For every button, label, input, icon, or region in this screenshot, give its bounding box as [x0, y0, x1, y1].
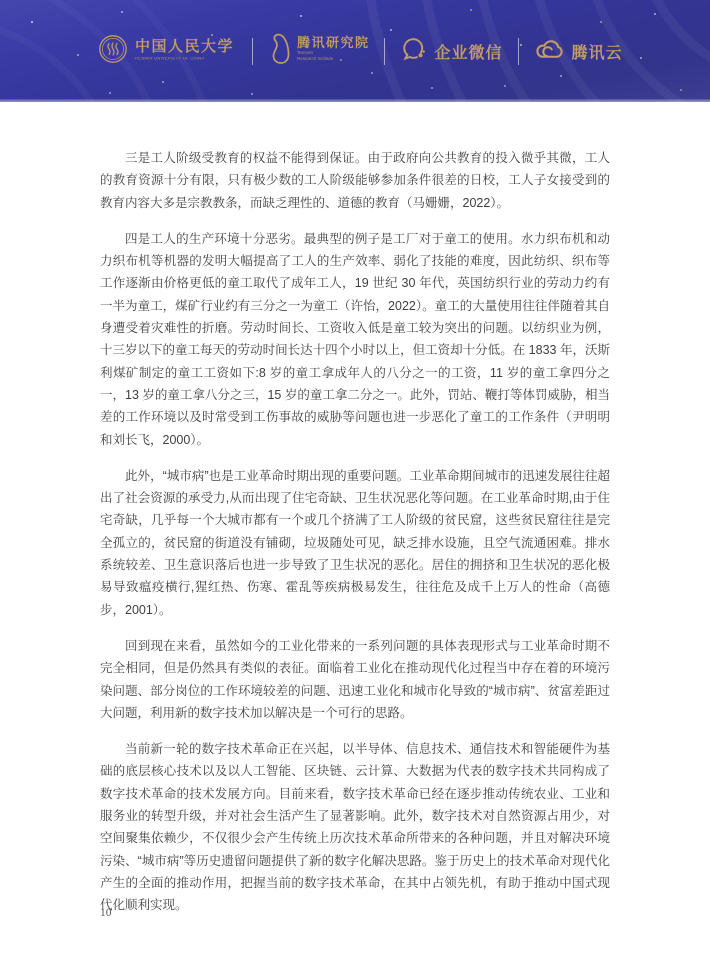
header-divider [518, 38, 519, 65]
logo-tencent-research-institute: 腾讯研究院 Tencent Research Institute [268, 33, 370, 70]
paragraph-3: 此外，“城市病”也是工业革命时期出现的重要问题。工业革命期间城市的迅速发展往往超… [100, 465, 610, 621]
tencent-cloud-name-zh: 腾讯云 [572, 40, 623, 63]
tri-name-en-line2: Research Institute [297, 57, 351, 63]
tri-name-zh: 腾讯研究院 [297, 36, 370, 49]
paragraph-1: 三是工人阶级受教育的权益不能得到保证。由于政府向公共教育的投入微乎其微，工人的教… [100, 147, 610, 214]
penguin-icon [268, 33, 290, 70]
logo-row: 中国人民大学 RENMIN UNIVERSITY OF CHINA 腾讯研究院 … [98, 0, 623, 102]
paragraph-4: 回到现在来看，虽然如今的工业化带来的一系列问题的具体表现形式与工业革命时期不完全… [100, 635, 610, 724]
page-number: 10 [100, 907, 112, 919]
tri-name-en-line1: Tencent [297, 51, 351, 57]
logo-tencent-cloud: 腾讯云 [534, 38, 623, 65]
logo-wecom: 企业微信 [400, 35, 502, 67]
paragraph-2: 四是工人的生产环境十分恶劣。最典型的例子是工厂对于童工的使用。水力织布机和动力织… [100, 228, 610, 451]
wecom-name-zh: 企业微信 [434, 40, 502, 63]
ruc-seal-icon [98, 34, 128, 69]
header-divider [384, 38, 385, 65]
chat-bubble-icon [400, 35, 427, 67]
header-divider [252, 38, 253, 65]
page-header: 中国人民大学 RENMIN UNIVERSITY OF CHINA 腾讯研究院 … [0, 0, 710, 102]
cloud-icon [534, 38, 565, 65]
document-body: 三是工人阶级受教育的权益不能得到保证。由于政府向公共教育的投入微乎其微，工人的教… [100, 147, 610, 931]
ruc-name-en: RENMIN UNIVERSITY OF CHINA [135, 57, 204, 61]
report-page: 中国人民大学 RENMIN UNIVERSITY OF CHINA 腾讯研究院 … [0, 0, 710, 963]
ruc-name-zh: 中国人民大学 [135, 40, 237, 55]
paragraph-5: 当前新一轮的数字技术革命正在兴起，以半导体、信息技术、通信技术和智能硬件为基础的… [100, 738, 610, 916]
logo-renmin-university: 中国人民大学 RENMIN UNIVERSITY OF CHINA [98, 34, 237, 69]
